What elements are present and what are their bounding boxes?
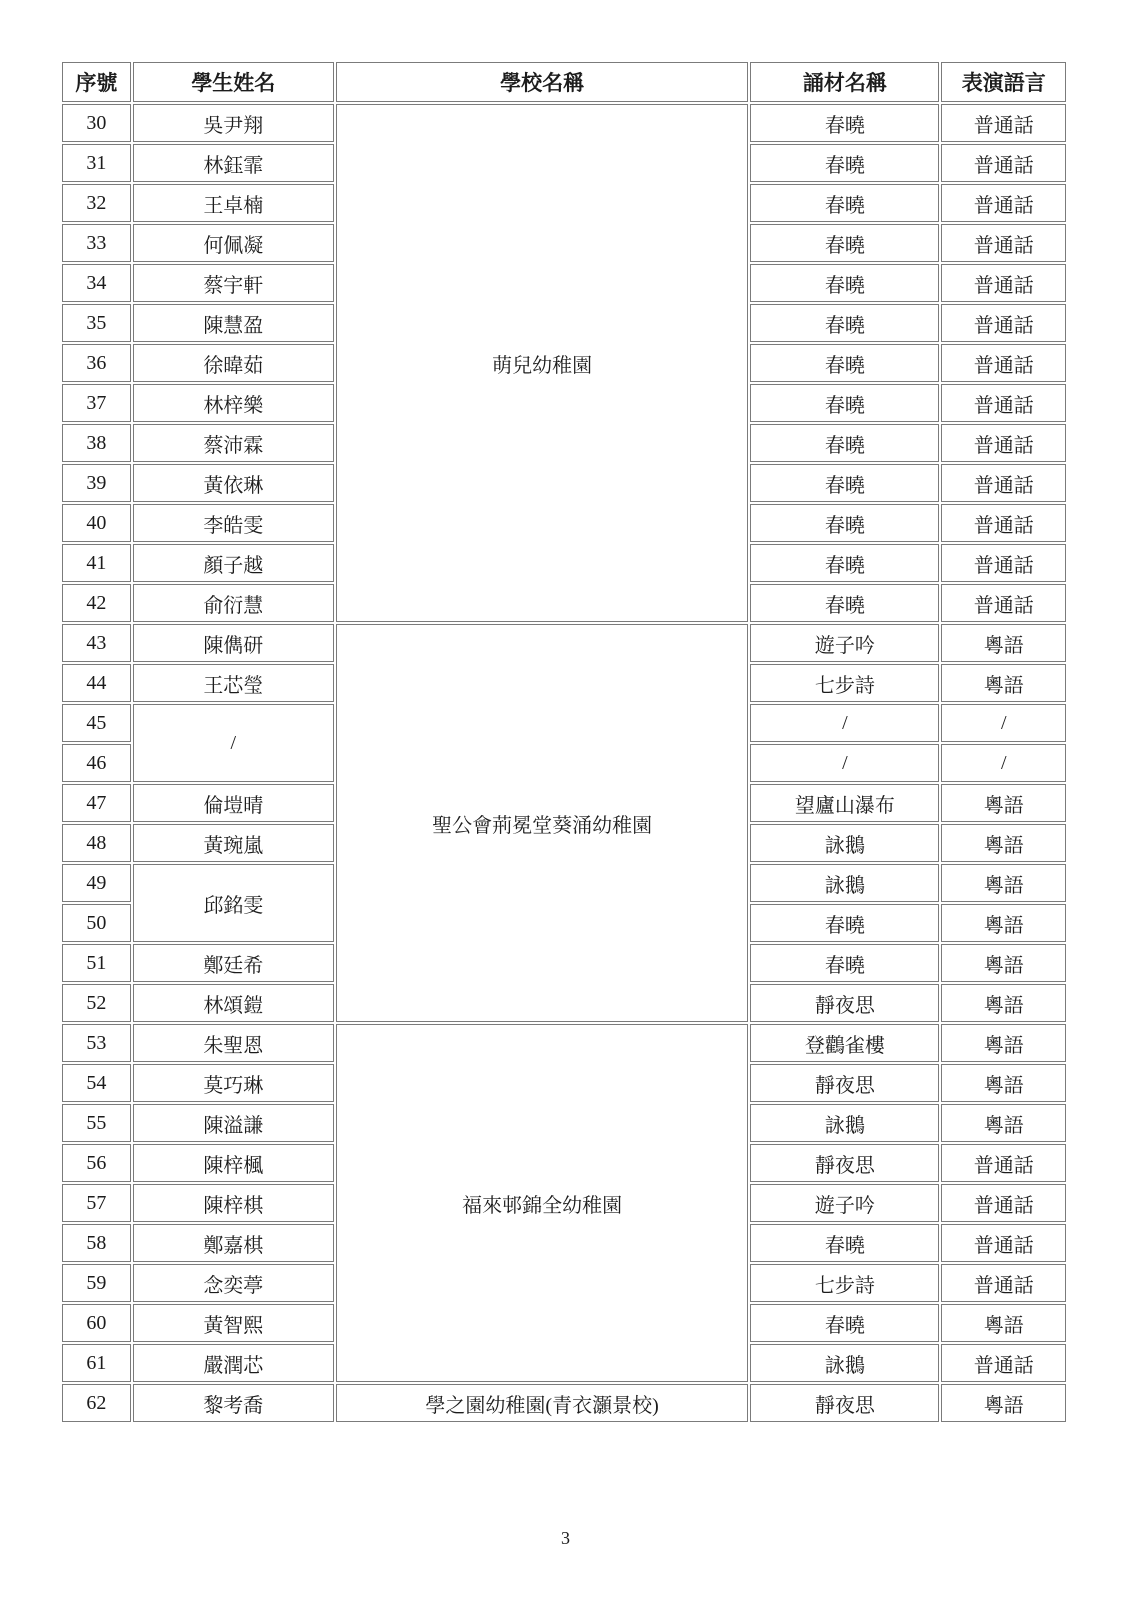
table-cell: 49 <box>62 864 131 902</box>
column-header-performance-language: 表演語言 <box>941 62 1066 102</box>
table-cell: 莫巧琳 <box>133 1064 334 1102</box>
table-cell: / <box>133 704 334 782</box>
table-cell: 黎考喬 <box>133 1384 334 1422</box>
table-cell: 陳溢謙 <box>133 1104 334 1142</box>
table-cell: 念奕葶 <box>133 1264 334 1302</box>
table-cell: 林頌鎧 <box>133 984 334 1022</box>
table-body: 30吳尹翔萌兒幼稚園春曉普通話31林鈺霏春曉普通話32王卓楠春曉普通話33何佩凝… <box>62 104 1066 1422</box>
table-cell: 春曉 <box>750 544 939 582</box>
table-cell: 普通話 <box>941 384 1066 422</box>
table-cell: 詠鵝 <box>750 864 939 902</box>
table-cell: 春曉 <box>750 224 939 262</box>
column-header-school-name: 學校名稱 <box>336 62 748 102</box>
table-cell: 46 <box>62 744 131 782</box>
table-cell: 普通話 <box>941 1264 1066 1302</box>
table-cell: 遊子吟 <box>750 624 939 662</box>
table-cell: 俞衍慧 <box>133 584 334 622</box>
table-cell: 陳梓棋 <box>133 1184 334 1222</box>
table-cell: 登鸛雀樓 <box>750 1024 939 1062</box>
table-cell: 春曉 <box>750 184 939 222</box>
table-cell: 粵語 <box>941 1304 1066 1342</box>
table-cell: 吳尹翔 <box>133 104 334 142</box>
table-cell: 王卓楠 <box>133 184 334 222</box>
table-cell: 普通話 <box>941 544 1066 582</box>
table-row: 30吳尹翔萌兒幼稚園春曉普通話 <box>62 104 1066 142</box>
table-cell: 普通話 <box>941 1184 1066 1222</box>
table-cell: 靜夜思 <box>750 984 939 1022</box>
table-cell: 陳梓楓 <box>133 1144 334 1182</box>
document-page: 序號 學生姓名 學校名稱 誦材名稱 表演語言 30吳尹翔萌兒幼稚園春曉普通話31… <box>0 0 1131 1600</box>
page-number: 3 <box>0 1528 1131 1549</box>
table-cell: 粵語 <box>941 904 1066 942</box>
table-cell: 陳儁研 <box>133 624 334 662</box>
table-cell: 嚴潤芯 <box>133 1344 334 1382</box>
table-cell: 粵語 <box>941 944 1066 982</box>
table-cell: 41 <box>62 544 131 582</box>
table-cell: 44 <box>62 664 131 702</box>
table-cell: 望廬山瀑布 <box>750 784 939 822</box>
table-header-row: 序號 學生姓名 學校名稱 誦材名稱 表演語言 <box>62 62 1066 102</box>
table-cell: 聖公會荊冕堂葵涌幼稚園 <box>336 624 748 1022</box>
table-cell: 七步詩 <box>750 664 939 702</box>
table-cell: 39 <box>62 464 131 502</box>
table-cell: 普通話 <box>941 1144 1066 1182</box>
table-cell: 李皓雯 <box>133 504 334 542</box>
table-cell: 鄭嘉棋 <box>133 1224 334 1262</box>
table-cell: 普通話 <box>941 264 1066 302</box>
table-cell: 普通話 <box>941 144 1066 182</box>
table-row: 62黎考喬學之園幼稚園(青衣灝景校)靜夜思粵語 <box>62 1384 1066 1422</box>
table-cell: 春曉 <box>750 144 939 182</box>
column-header-serial-number: 序號 <box>62 62 131 102</box>
table-cell: 春曉 <box>750 464 939 502</box>
table-cell: 陳慧盈 <box>133 304 334 342</box>
table-cell: 普通話 <box>941 504 1066 542</box>
table-cell: 蔡宇軒 <box>133 264 334 302</box>
table-cell: 40 <box>62 504 131 542</box>
table-cell: 遊子吟 <box>750 1184 939 1222</box>
table-cell: 鄭廷希 <box>133 944 334 982</box>
table-cell: 王芯瑩 <box>133 664 334 702</box>
table-cell: 粵語 <box>941 664 1066 702</box>
table-cell: 57 <box>62 1184 131 1222</box>
table-cell: 32 <box>62 184 131 222</box>
table-cell: 33 <box>62 224 131 262</box>
table-cell: 顏子越 <box>133 544 334 582</box>
table-cell: 靜夜思 <box>750 1064 939 1102</box>
table-cell: / <box>750 704 939 742</box>
table-cell: 47 <box>62 784 131 822</box>
table-cell: 黃智熙 <box>133 1304 334 1342</box>
table-cell: 50 <box>62 904 131 942</box>
table-cell: 粵語 <box>941 624 1066 662</box>
table-cell: 36 <box>62 344 131 382</box>
table-row: 53朱聖恩福來邨錦全幼稚園登鸛雀樓粵語 <box>62 1024 1066 1062</box>
table-cell: 朱聖恩 <box>133 1024 334 1062</box>
table-cell: 34 <box>62 264 131 302</box>
table-cell: 43 <box>62 624 131 662</box>
table-cell: 42 <box>62 584 131 622</box>
table-cell: 七步詩 <box>750 1264 939 1302</box>
table-cell: 徐暐茹 <box>133 344 334 382</box>
table-cell: 春曉 <box>750 504 939 542</box>
table-cell: 普通話 <box>941 184 1066 222</box>
table-cell: 邱銘雯 <box>133 864 334 942</box>
table-cell: 普通話 <box>941 224 1066 262</box>
table-cell: 黃琬嵐 <box>133 824 334 862</box>
table-cell: 54 <box>62 1064 131 1102</box>
table-cell: 粵語 <box>941 784 1066 822</box>
table-cell: 詠鵝 <box>750 1104 939 1142</box>
table-cell: 何佩凝 <box>133 224 334 262</box>
table-cell: 30 <box>62 104 131 142</box>
table-cell: 春曉 <box>750 384 939 422</box>
table-cell: 55 <box>62 1104 131 1142</box>
table-cell: / <box>941 744 1066 782</box>
table-cell: 48 <box>62 824 131 862</box>
table-cell: 黃依琳 <box>133 464 334 502</box>
recitation-roster-table: 序號 學生姓名 學校名稱 誦材名稱 表演語言 30吳尹翔萌兒幼稚園春曉普通話31… <box>60 60 1068 1424</box>
table-cell: 詠鵝 <box>750 1344 939 1382</box>
table-cell: 林梓樂 <box>133 384 334 422</box>
column-header-student-name: 學生姓名 <box>133 62 334 102</box>
table-cell: 普通話 <box>941 1224 1066 1262</box>
table-cell: 61 <box>62 1344 131 1382</box>
table-cell: 38 <box>62 424 131 462</box>
table-cell: 粵語 <box>941 1104 1066 1142</box>
table-cell: 春曉 <box>750 944 939 982</box>
table-cell: 普通話 <box>941 344 1066 382</box>
table-cell: 靜夜思 <box>750 1384 939 1422</box>
table-cell: 春曉 <box>750 584 939 622</box>
table-cell: 春曉 <box>750 1224 939 1262</box>
table-cell: 普通話 <box>941 584 1066 622</box>
table-cell: 59 <box>62 1264 131 1302</box>
table-cell: 62 <box>62 1384 131 1422</box>
table-cell: 53 <box>62 1024 131 1062</box>
table-cell: 蔡沛霖 <box>133 424 334 462</box>
table-cell: 粵語 <box>941 1384 1066 1422</box>
table-cell: 粵語 <box>941 824 1066 862</box>
table-cell: 春曉 <box>750 904 939 942</box>
table-row: 43陳儁研聖公會荊冕堂葵涌幼稚園遊子吟粵語 <box>62 624 1066 662</box>
table-cell: 福來邨錦全幼稚園 <box>336 1024 748 1382</box>
table-cell: 春曉 <box>750 304 939 342</box>
column-header-material-name: 誦材名稱 <box>750 62 939 102</box>
table-cell: 倫塏晴 <box>133 784 334 822</box>
table-cell: 普通話 <box>941 464 1066 502</box>
table-cell: 普通話 <box>941 304 1066 342</box>
table-cell: 春曉 <box>750 1304 939 1342</box>
table-cell: 萌兒幼稚園 <box>336 104 748 622</box>
table-cell: 51 <box>62 944 131 982</box>
table-cell: 31 <box>62 144 131 182</box>
table-cell: 58 <box>62 1224 131 1262</box>
table-cell: 春曉 <box>750 104 939 142</box>
table-cell: 60 <box>62 1304 131 1342</box>
table-cell: 靜夜思 <box>750 1144 939 1182</box>
table-cell: 52 <box>62 984 131 1022</box>
table-cell: 56 <box>62 1144 131 1182</box>
table-cell: / <box>750 744 939 782</box>
table-cell: 粵語 <box>941 1064 1066 1102</box>
table-cell: 林鈺霏 <box>133 144 334 182</box>
table-cell: 37 <box>62 384 131 422</box>
table-cell: 春曉 <box>750 264 939 302</box>
table-cell: 粵語 <box>941 864 1066 902</box>
table-cell: 35 <box>62 304 131 342</box>
table-cell: 粵語 <box>941 1024 1066 1062</box>
table-header: 序號 學生姓名 學校名稱 誦材名稱 表演語言 <box>62 62 1066 102</box>
table-cell: 普通話 <box>941 104 1066 142</box>
table-cell: 普通話 <box>941 424 1066 462</box>
table-cell: 普通話 <box>941 1344 1066 1382</box>
table-cell: 粵語 <box>941 984 1066 1022</box>
table-cell: 詠鵝 <box>750 824 939 862</box>
table-cell: 45 <box>62 704 131 742</box>
table-cell: 春曉 <box>750 344 939 382</box>
table-cell: 學之園幼稚園(青衣灝景校) <box>336 1384 748 1422</box>
table-cell: 春曉 <box>750 424 939 462</box>
table-cell: / <box>941 704 1066 742</box>
